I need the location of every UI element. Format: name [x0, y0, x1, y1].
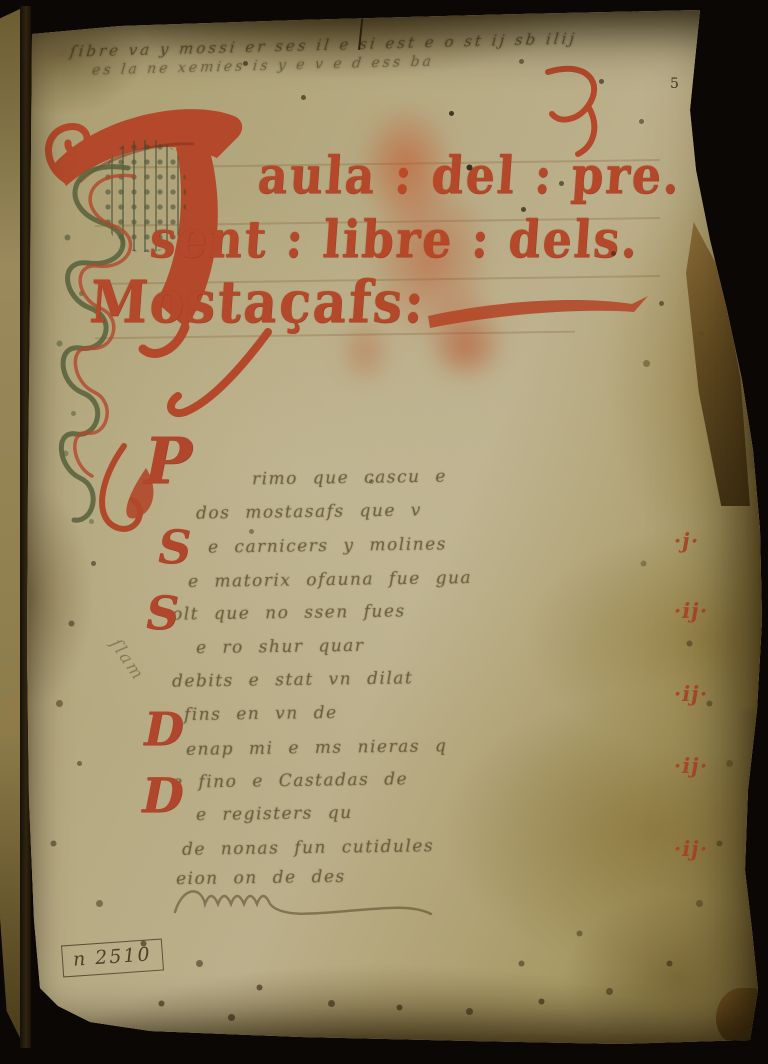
margin-numeral: ·ij·: [672, 681, 711, 706]
entry-line: e ro shur quar: [196, 636, 365, 658]
entry-line: fins en vn de: [184, 703, 338, 725]
margin-numeral: ·ij·: [672, 598, 711, 623]
entry-line: dos mostasafs que v: [196, 500, 422, 523]
entry-line: rimo que cascu e: [252, 467, 447, 490]
entry-line: e matorix ofauna fue gua: [188, 568, 472, 592]
entry-line: e carnicers y molines: [208, 534, 447, 557]
page-edge-highlight: [728, 470, 762, 710]
entry-line: e registers qu: [196, 803, 353, 825]
manuscript-photo: ſibre va y mossi er ses il e si est e o …: [0, 0, 768, 1064]
margin-numeral: ·ij·: [672, 753, 711, 778]
parchment-page: ſibre va y mossi er ses il e si est e o …: [0, 0, 768, 1064]
margin-numeral: ·ij·: [672, 836, 711, 861]
entry-line: e fino e Castadas de: [172, 769, 408, 792]
ink-specks: [0, 0, 3, 3]
paragraph-initial: D: [144, 702, 184, 756]
signature-scribble: [165, 878, 445, 938]
margin-numeral: ·j·: [672, 528, 702, 553]
adjacent-page-edge: [0, 8, 22, 1042]
title-tail-flourish: [420, 288, 660, 348]
entry-line: de nonas fun cutidules: [182, 836, 434, 860]
q-flourish: [530, 60, 620, 160]
green-penwork-dots: [0, 0, 3, 3]
paragraph-initial: S: [158, 520, 191, 574]
archive-stamp: n 2510: [61, 939, 164, 978]
paragraph-initial: S: [146, 586, 179, 640]
m-descender-flourish: [160, 326, 280, 436]
entry-line: debits e stat vn dilat: [172, 668, 414, 691]
corner-curl: [716, 988, 762, 1044]
title-line-2: sent : libre : dels.: [148, 209, 642, 269]
folio-number: 5: [670, 76, 679, 92]
marginal-note: ſlam: [106, 635, 148, 684]
paragraph-initial: D: [142, 768, 184, 824]
edge-fold-tear: [686, 222, 750, 506]
entry-line: enap mi e ms nieras q: [186, 736, 448, 760]
paragraph-initial: P: [144, 424, 192, 499]
entry-line: olt que no ssen fues: [172, 601, 406, 624]
